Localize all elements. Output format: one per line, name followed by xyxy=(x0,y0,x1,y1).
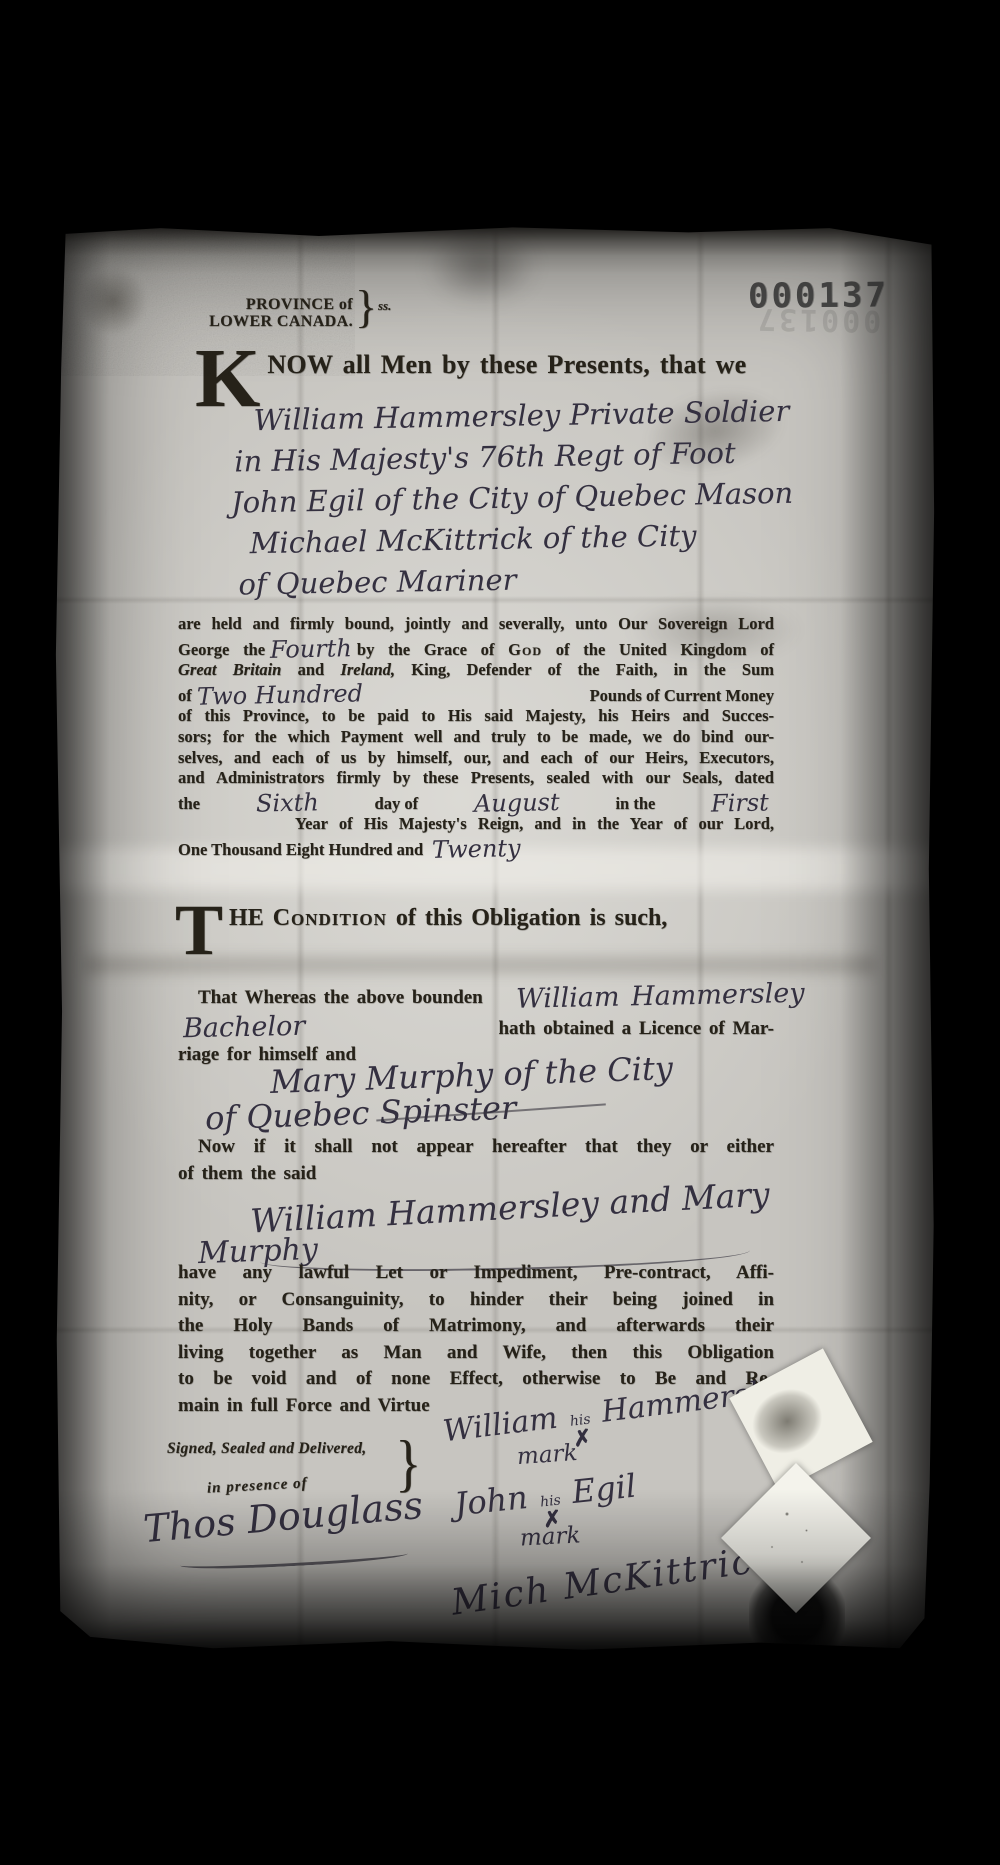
condition-line: have any lawful Let or Impediment, Pre-c… xyxy=(178,1260,774,1287)
wafer-seal-bottom xyxy=(721,1463,871,1613)
ink-stain xyxy=(427,228,537,304)
text-segment: day of xyxy=(375,794,419,815)
text-segment: HE xyxy=(229,905,273,931)
text-segment: Fourth xyxy=(270,636,352,662)
text-segment: have any lawful Let or Impediment, Pre-c… xyxy=(178,1262,774,1283)
text-segment: of them the said xyxy=(178,1163,316,1184)
text-segment: the xyxy=(178,794,200,815)
bond-line: George theFourthby the Grace of God of t… xyxy=(178,635,774,661)
text-segment: living together as Man and Wife, then th… xyxy=(178,1342,774,1363)
text-segment: of xyxy=(178,686,192,707)
signature-underline xyxy=(180,1547,408,1572)
text-segment: of the United Kingdom of xyxy=(542,640,774,659)
bond-line: selves, and each of us by himself, our, … xyxy=(178,748,774,769)
bond-line: Great Britain and Ireland, King, Defende… xyxy=(178,660,774,681)
text-segment: Bachelor xyxy=(183,1012,306,1042)
groom-mark-label: mark xyxy=(516,1440,578,1470)
bond-line: ofTwo HundredPounds of Current Money xyxy=(178,681,774,707)
text-segment: of this Obligation is such, xyxy=(387,905,667,931)
drop-cap-t: T xyxy=(175,901,223,959)
text-segment: Twenty xyxy=(432,836,521,862)
handwritten-bride-line2: of Quebec Spinster xyxy=(204,1089,516,1138)
text-segment: Condition xyxy=(273,905,387,931)
text-segment: Two Hundred xyxy=(197,681,363,708)
condition-line: the Holy Bands of Matrimony, and afterwa… xyxy=(178,1313,774,1340)
text-segment: the Holy Bands of Matrimony, and afterwa… xyxy=(178,1315,774,1336)
text-segment: August xyxy=(474,790,560,816)
text-segment: King, Defender of the Faith, in the Sum xyxy=(395,660,774,679)
text-segment: Ireland, xyxy=(340,660,395,679)
text-segment: That Whereas the above bounden xyxy=(198,987,491,1008)
document-number-stamp-ghost: 000137 xyxy=(755,301,882,338)
document-page: PROVINCE of LOWER CANADA. } ss. 000137 0… xyxy=(55,226,935,1654)
bond-line: of this Province, to be paid to His said… xyxy=(178,706,774,727)
text-segment: main in full Force and Virtue xyxy=(178,1395,430,1416)
text-segment: sors; for the which Payment well and tru… xyxy=(178,727,774,746)
text-segment: by the Grace of xyxy=(357,640,508,659)
text-segment: Sixth xyxy=(256,790,319,815)
province-brace: } xyxy=(355,280,377,333)
bond-line: are held and firmly bound, jointly and s… xyxy=(178,614,774,635)
province-abbr-ss: ss. xyxy=(378,298,391,314)
bond-line: theSixthday ofAugustin theFirst xyxy=(178,789,774,815)
bond-line: sors; for the which Payment well and tru… xyxy=(178,727,774,748)
text-segment: Year of His Majesty's Reign, and in the … xyxy=(295,814,774,833)
condition-heading-text: HE Condition of this Obligation is such, xyxy=(229,901,667,959)
bondsman-mark-label: mark xyxy=(519,1522,581,1551)
text-segment: selves, and each of us by himself, our, … xyxy=(178,748,774,767)
text-segment: William Hammersley xyxy=(495,980,804,1013)
text-segment: First xyxy=(711,790,769,815)
condition-line: Now if it shall not appear hereafter tha… xyxy=(178,1134,774,1161)
text-segment: Now if it shall not appear hereafter tha… xyxy=(198,1136,774,1157)
text-segment: George the xyxy=(178,640,265,659)
bond-line: and Administrators firmly by these Prese… xyxy=(178,768,774,789)
bondsman-last-name: Egil xyxy=(570,1467,638,1512)
scan-background: PROVINCE of LOWER CANADA. } ss. 000137 0… xyxy=(0,0,1000,1865)
condition-line: That Whereas the above bounden William H… xyxy=(178,981,774,1012)
fold-crease-vertical xyxy=(884,226,893,1654)
text-segment: in the xyxy=(615,794,655,815)
paper-grain-texture xyxy=(55,226,355,376)
text-segment: Pounds of Current Money xyxy=(590,686,774,707)
text-segment: One Thousand Eight Hundred and xyxy=(178,840,427,859)
text-segment: are held and firmly bound, jointly and s… xyxy=(178,614,774,633)
condition-heading: T HE Condition of this Obligation is suc… xyxy=(175,901,667,959)
condition-line: Bachelorhath obtained a Licence of Mar- xyxy=(178,1012,774,1043)
bond-line: One Thousand Eight Hundred and Twenty xyxy=(178,835,774,861)
text-segment: God xyxy=(508,640,542,659)
attestation-label: Signed, Sealed and Delivered, xyxy=(167,1440,366,1458)
bondsman-first-name: John xyxy=(453,1478,530,1523)
condition-line: living together as Man and Wife, then th… xyxy=(178,1340,774,1367)
handwritten-parties: William Hammersley Private Soldier in Hi… xyxy=(195,391,795,606)
text-segment: and Administrators firmly by these Prese… xyxy=(178,768,774,787)
text-segment: Great Britain xyxy=(178,660,281,679)
text-segment: nity, or Consanguinity, to hinder their … xyxy=(178,1289,774,1310)
condition-line: nity, or Consanguinity, to hinder their … xyxy=(178,1287,774,1314)
bond-paragraph: are held and firmly bound, jointly and s… xyxy=(178,614,774,861)
text-segment: hath obtained a Licence of Mar- xyxy=(498,1016,774,1043)
